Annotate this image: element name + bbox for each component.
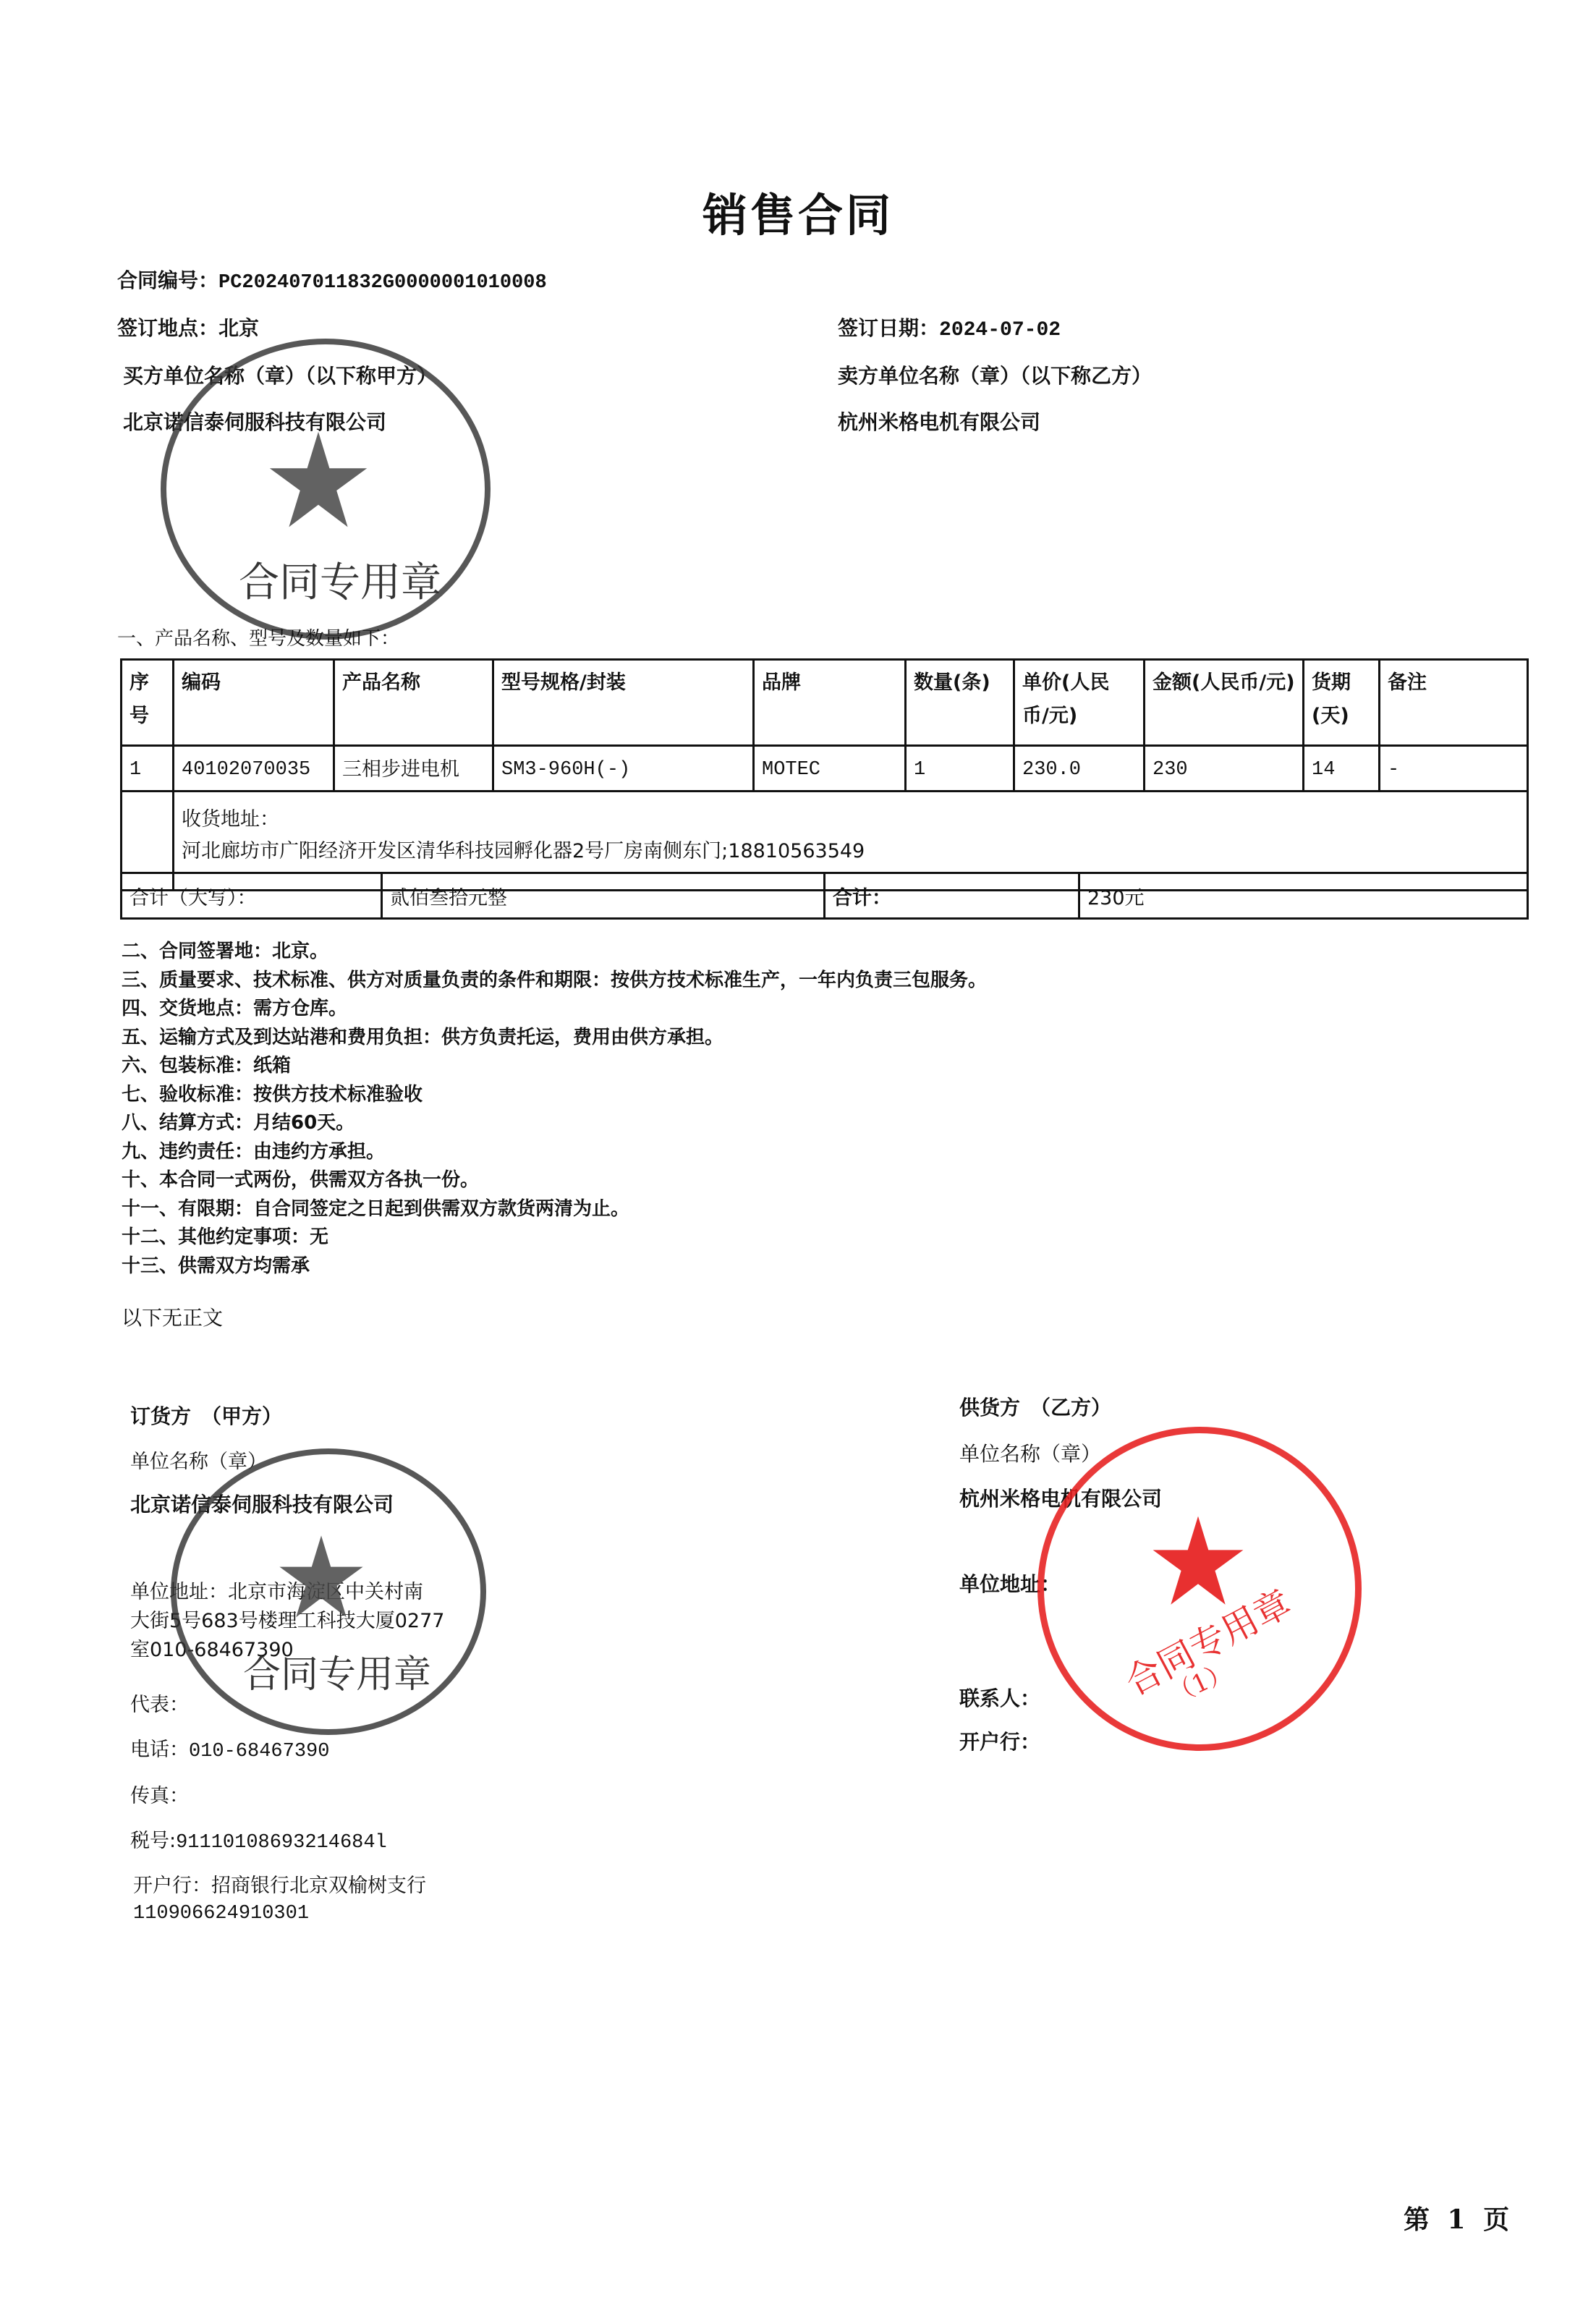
total-upper-label: 合计（大写）： [122,873,382,919]
terms-list: 二、合同签署地：北京。 三、质量要求、技术标准、供方对质量负责的条件和期限：按供… [122,938,987,1281]
buyer-tax-label: 税号: [130,1830,176,1852]
cell-code: 40102070035 [174,746,334,792]
term-item: 十、本合同一式两份，供需双方各执一份。 [122,1166,987,1195]
total-value: 230元 [1079,873,1528,919]
term-item: 二、合同签署地：北京。 [122,938,987,967]
section1-heading: 一、产品名称、型号及数量如下： [117,624,399,650]
header-unit-price: 单价(人民币/元) [1014,660,1145,746]
star-icon [268,430,369,531]
buyer-block-heading: 订货方 （甲方） [130,1401,282,1430]
header-seq: 序号 [122,660,174,746]
cell-brand: MOTEC [754,746,906,792]
term-item: 十三、供需双方均需承 [122,1252,987,1281]
contract-number-label: 合同编号： [117,268,218,292]
term-item: 七、验收标准：按供方技术标准验收 [122,1081,987,1110]
header-model: 型号规格/封装 [493,660,754,746]
totals-row: 合计（大写）： 贰佰叁拾元整 合计： 230元 [122,873,1528,919]
sign-place-label: 签订地点： [117,316,218,340]
table-header-row: 序号 编码 产品名称 型号规格/封装 品牌 数量(条) 单价(人民币/元) 金额… [122,660,1528,746]
end-note: 以下无正文 [122,1302,223,1331]
header-brand: 品牌 [754,660,906,746]
seller-bank-label: 开户行： [959,1726,1040,1755]
contract-number: PC202407011832G0000001010008 [218,272,547,294]
cell-remark: - [1380,746,1528,792]
buyer-fax-label: 传真： [130,1780,189,1808]
cell-delivery-days: 14 [1304,746,1380,792]
seller-contract-seal: 合同专用章 （1） [1037,1427,1362,1751]
seller-heading: 卖方单位名称（章）（以下称乙方） [838,360,1152,389]
header-code: 编码 [174,660,334,746]
term-item: 八、结算方式：月结60天。 [122,1109,987,1138]
buyer-account: 110906624910301 [133,1903,309,1925]
page-number: 第 1 页 [1404,2199,1514,2236]
header-delivery-days: 货期(天) [1304,660,1380,746]
sign-place-row: 签订地点：北京 [117,313,259,341]
seller-name: 杭州米格电机有限公司 [838,407,1040,436]
total-upper-value: 贰佰叁拾元整 [382,873,825,919]
buyer-contract-seal-bottom: 合同专用章 [171,1448,486,1735]
term-item: 六、包装标准：纸箱 [122,1052,987,1081]
term-item: 十二、其他约定事项：无 [122,1223,987,1252]
sign-place: 北京 [218,316,259,340]
contract-number-row: 合同编号：PC202407011832G0000001010008 [117,265,547,294]
header-quantity: 数量(条) [906,660,1014,746]
seal-center-text: 合同专用章 [243,1644,431,1698]
term-item: 三、质量要求、技术标准、供方对质量负责的条件和期限：按供方技术标准生产，一年内负… [122,967,987,996]
term-item: 九、违约责任：由违约方承担。 [122,1138,987,1167]
star-icon [278,1534,365,1621]
seller-contact-label: 联系人： [959,1683,1040,1712]
term-item: 十一、有限期：自合同签定之日起到供需双方款货两清为止。 [122,1195,987,1224]
buyer-tax-row: 税号:91110108693214684l [130,1825,387,1854]
buyer-contract-seal-top: 合同专用章 [161,339,491,640]
table-row: 1 40102070035 三相步进电机 SM3-960H(-) MOTEC 1… [122,746,1528,792]
buyer-phone: 010-68467390 [189,1741,329,1762]
items-table: 序号 编码 产品名称 型号规格/封装 品牌 数量(条) 单价(人民币/元) 金额… [120,658,1529,891]
cell-seq: 1 [122,746,174,792]
seller-unit-name-label: 单位名称（章） [959,1438,1101,1467]
buyer-tax-no: 91110108693214684l [176,1832,387,1854]
sign-date: 2024-07-02 [939,319,1061,341]
buyer-phone-label: 电话： [130,1739,189,1761]
star-icon [1151,1514,1245,1608]
document-title: 销售合同 [0,179,1596,244]
delivery-address-label: 收货地址： [182,804,1519,836]
buyer-phone-row: 电话：010-68467390 [130,1734,329,1762]
buyer-bank: 招商银行北京双榆树支行 [211,1875,426,1897]
buyer-bank-row: 开户行：招商银行北京双榆树支行 [133,1870,426,1898]
cell-unit-price: 230.0 [1014,746,1145,792]
totals-table: 合计（大写）： 贰佰叁拾元整 合计： 230元 [120,872,1529,920]
delivery-address: 河北廊坊市广阳经济开发区清华科技园孵化器2号厂房南侧东门;18810563549 [182,836,1519,867]
seal-center-text: 合同专用章 [239,551,441,608]
buyer-rep-label: 代表： [130,1689,189,1717]
cell-amount: 230 [1145,746,1304,792]
total-label: 合计： [825,873,1079,919]
cell-model: SM3-960H(-) [493,746,754,792]
header-product-name: 产品名称 [334,660,493,746]
header-amount: 金额(人民币/元) [1145,660,1304,746]
term-item: 四、交货地点：需方仓库。 [122,995,987,1024]
sign-date-label: 签订日期： [838,316,939,340]
buyer-bank-label: 开户行： [133,1875,211,1897]
seller-block-heading: 供货方 （乙方） [959,1392,1111,1421]
sign-date-row: 签订日期：2024-07-02 [838,313,1061,341]
cell-product-name: 三相步进电机 [334,746,493,792]
cell-quantity: 1 [906,746,1014,792]
header-remark: 备注 [1380,660,1528,746]
term-item: 五、运输方式及到达站港和费用负担：供方负责托运，费用由供方承担。 [122,1024,987,1053]
